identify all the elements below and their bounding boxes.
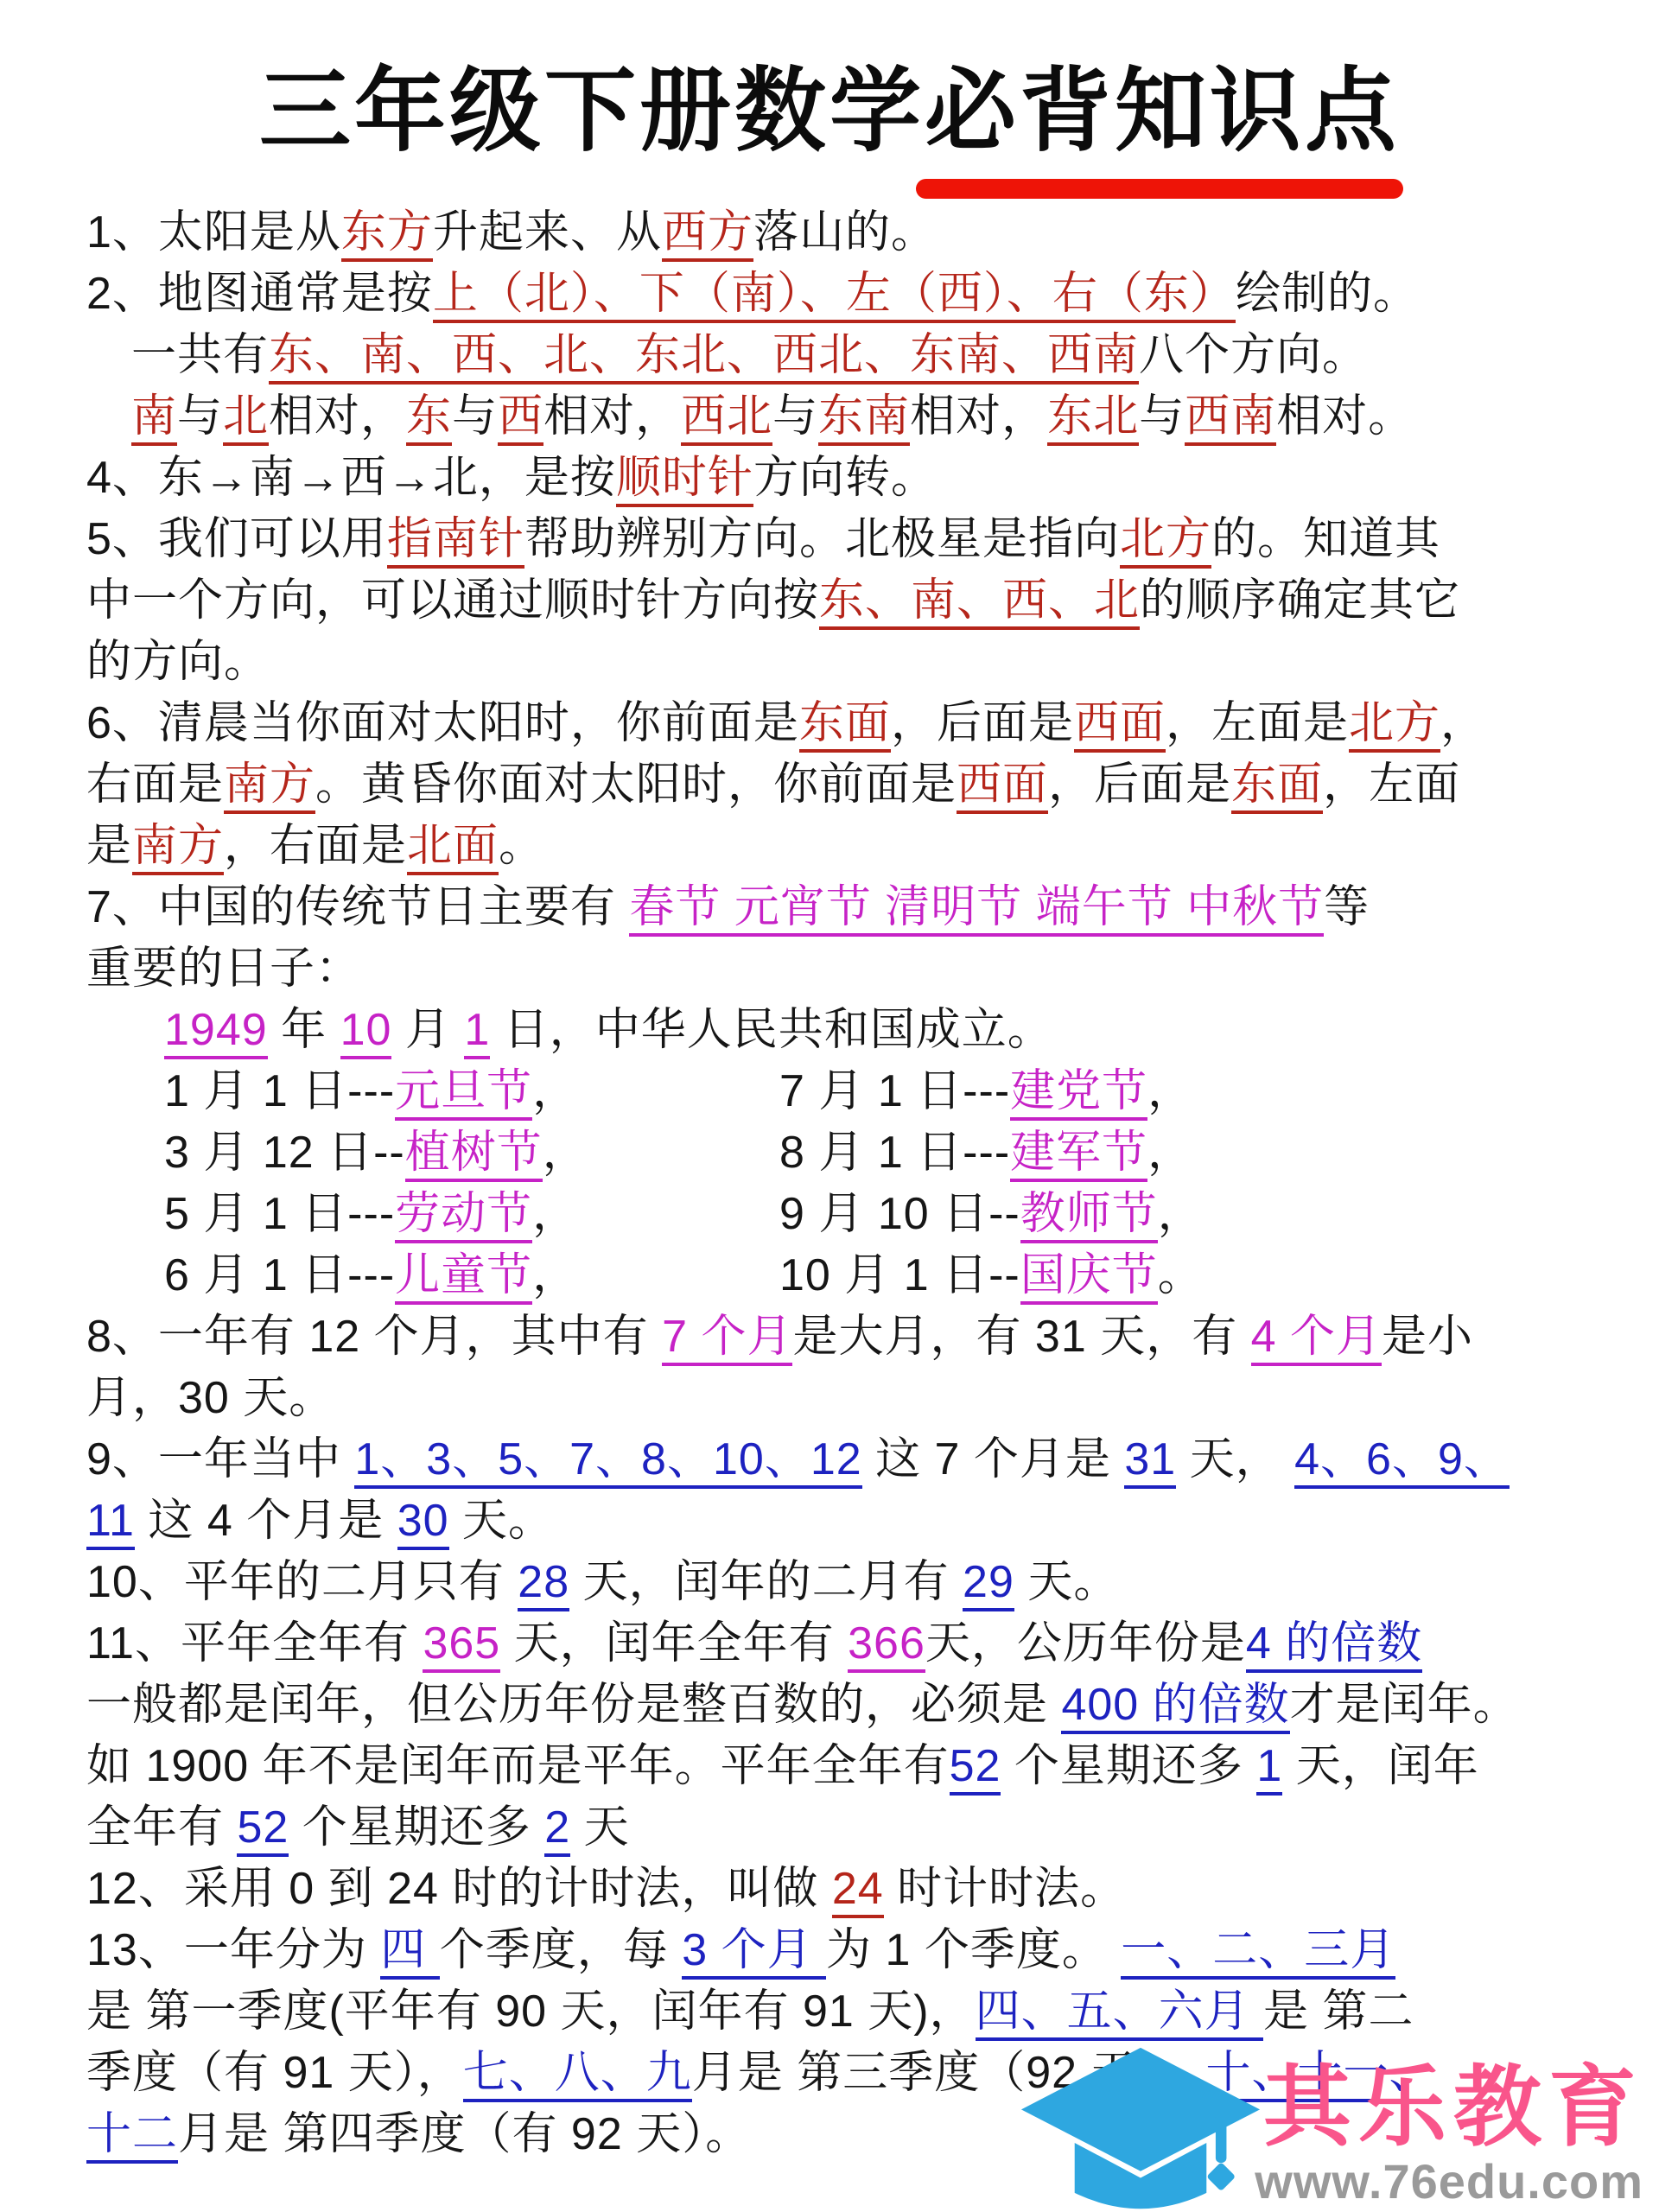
text-line: 13、一年分为 四 个季度，每 3 个月 为 1 个季度。 一、二、三月	[0, 1920, 1659, 1981]
text-line: 右面是南方。黄昏你面对太阳时，你前面是西面，后面是东面，左面	[0, 754, 1659, 816]
text-segment: 4、6、9、	[1294, 1434, 1510, 1489]
text-segment: 相对，	[910, 391, 1047, 442]
text-segment: 才是闰年。	[1290, 1680, 1519, 1730]
text-segment: 天，公历年份是	[925, 1618, 1246, 1669]
text-segment: 11、平年全年有	[86, 1618, 423, 1669]
text-segment: 七、八、九	[463, 2048, 692, 2102]
text-segment: 8 月 1 日---	[779, 1128, 1010, 1178]
text-segment: 10、平年的二月只有	[86, 1557, 518, 1607]
text-segment: 3 个月	[682, 1925, 826, 1980]
text-segment: 与	[177, 391, 223, 442]
text-segment: 。	[499, 821, 544, 871]
text-segment: 52	[237, 1802, 289, 1857]
text-line: 如 1900 年不是闰年而是平年。平年全年有52 个星期还多 1 天，闰年	[0, 1736, 1659, 1797]
text-line: 重要的日子：	[0, 938, 1659, 1000]
text-segment: 6 月 1 日---	[164, 1250, 395, 1300]
text-line: 9、一年当中 1、3、5、7、8、10、12 这 7 个月是 31 天， 4、6…	[0, 1429, 1659, 1491]
text-line: 12、采用 0 到 24 时的计时法，叫做 24 时计时法。	[0, 1859, 1659, 1920]
text-segment: 西南	[1185, 391, 1276, 446]
text-line: 5 月 1 日---劳动节，9 月 10 日--教师节，	[0, 1184, 1659, 1245]
text-segment: 。	[1158, 1250, 1204, 1300]
text-line: 3 月 12 日--植树节，8 月 1 日---建军节，	[0, 1122, 1659, 1184]
text-segment: ，	[532, 1066, 578, 1116]
text-segment: 1 月 1 日---	[164, 1066, 395, 1116]
text-segment: 3 月 12 日--	[164, 1128, 405, 1178]
text-segment: 西面	[1074, 698, 1166, 753]
date-column-left: 6 月 1 日---儿童节，	[164, 1245, 779, 1306]
text-segment: 月	[391, 1005, 464, 1055]
text-line: 一共有东、南、西、北、东北、西北、东南、西南八个方向。	[0, 325, 1659, 386]
text-line: 5、我们可以用指南针帮助辨别方向。北极星是指向北方的。知道其	[0, 509, 1659, 570]
text-line: 6、清晨当你面对太阳时，你前面是东面，后面是西面，左面是北方，	[0, 693, 1659, 754]
text-segment: 29	[963, 1557, 1014, 1611]
text-segment: 是 第一季度(平年有 90 天，闰年有 91 天)，	[86, 1986, 976, 2037]
text-line: 南与北相对，东与西相对，西北与东南相对，东北与西南相对。	[0, 386, 1659, 448]
text-segment: 7 月 1 日---	[779, 1066, 1010, 1116]
text-segment: ，后面是	[891, 698, 1074, 748]
text-segment: 相对，	[269, 391, 406, 442]
text-line: 7、中国的传统节日主要有 春节 元宵节 清明节 端午节 中秋节等	[0, 877, 1659, 938]
text-segment: 7 个月	[662, 1312, 792, 1366]
text-segment: ，左面是	[1166, 698, 1349, 748]
page: 三年级下册数学必背知识点 1、太阳是从东方升起来、从西方落山的。2、地图通常是按…	[0, 0, 1659, 2212]
text-segment: 8、一年有 12 个月，其中有	[86, 1312, 662, 1362]
title-text: 三年级下册数学	[259, 60, 925, 162]
text-segment: 4 的倍数	[1246, 1618, 1422, 1673]
text-line: 月，30 天。	[0, 1368, 1659, 1429]
text-segment: ，	[532, 1189, 578, 1239]
text-segment: 帮助辨别方向。北极星是指向	[524, 514, 1120, 564]
text-segment: 东面	[799, 698, 891, 753]
text-segment: 52	[950, 1741, 1001, 1796]
text-segment: 4 个月	[1251, 1312, 1382, 1366]
text-segment: 个季度，每	[440, 1925, 682, 1975]
text-segment: 北方	[1120, 514, 1211, 569]
text-segment: 与	[772, 391, 818, 442]
text-line: 是南方，右面是北面。	[0, 816, 1659, 877]
logo-url: www.76edu.com	[1255, 2155, 1643, 2209]
text-segment: 是大月，有 31 天，有	[792, 1312, 1250, 1362]
text-segment: 13、一年分为	[86, 1925, 380, 1975]
text-segment: 这 7 个月是	[862, 1434, 1125, 1484]
text-segment: 31	[1124, 1434, 1176, 1489]
text-segment: 个星期还多	[289, 1802, 544, 1853]
text-segment: 北方	[1349, 698, 1440, 753]
text-segment: 10 月 1 日--	[779, 1250, 1020, 1300]
text-segment: 为 1 个季度。	[826, 1925, 1121, 1975]
text-segment: 9、一年当中	[86, 1434, 354, 1484]
text-segment: 时计时法。	[884, 1864, 1126, 1914]
page-title: 三年级下册数学必背知识点	[0, 38, 1659, 169]
text-line: 8、一年有 12 个月，其中有 7 个月是大月，有 31 天，有 4 个月是小	[0, 1306, 1659, 1368]
text-line: 11、平年全年有 365 天，闰年全年有 366天，公历年份是4 的倍数	[0, 1613, 1659, 1675]
text-segment: 5、我们可以用	[86, 514, 387, 564]
text-segment: 右面是	[86, 760, 224, 810]
text-segment: 的方向。	[86, 637, 270, 687]
text-segment: 季度（有 91 天），	[86, 2048, 463, 2098]
text-segment: 。黄昏你面对太阳时，你前面是	[315, 760, 957, 810]
text-segment: ，	[532, 1250, 578, 1300]
text-segment: 等	[1324, 882, 1370, 932]
text-line: 6 月 1 日---儿童节，10 月 1 日--国庆节。	[0, 1245, 1659, 1306]
text-segment: 四、五、六月	[976, 1986, 1263, 2041]
text-segment: 个星期还多	[1001, 1741, 1256, 1791]
date-column-left: 1 月 1 日---元旦节，	[164, 1061, 779, 1122]
text-segment: 西	[498, 391, 543, 446]
text-segment: ，	[1440, 698, 1486, 748]
text-segment: 7、中国的传统节日主要有	[86, 882, 629, 932]
text-segment: 四	[380, 1925, 439, 1980]
text-segment: 绘制的。	[1236, 269, 1419, 319]
text-segment: 一共有	[131, 330, 269, 380]
title-text-underlined: 必背知识点	[925, 60, 1400, 162]
text-segment: 西方	[662, 207, 753, 262]
text-segment: 顺时针	[616, 453, 753, 507]
text-segment: 400 的倍数	[1061, 1680, 1289, 1734]
text-line: 2、地图通常是按上（北）、下（南）、左（西）、右（东）绘制的。	[0, 264, 1659, 325]
text-segment: 366	[848, 1618, 925, 1673]
text-segment: 月是 第四季度（有 92 天）。	[178, 2109, 751, 2159]
text-segment: 一、二、三月	[1121, 1925, 1395, 1980]
text-segment: 相对，	[543, 391, 681, 442]
text-segment: 的顺序确定其它	[1140, 575, 1460, 626]
text-segment: 5 月 1 日---	[164, 1189, 395, 1239]
logo: 其乐教育 www.76edu.com	[1020, 2045, 1643, 2209]
text-segment: 东	[406, 391, 452, 446]
text-segment: 4、东→南→西→北，是按	[86, 453, 616, 503]
text-segment: 北面	[407, 821, 499, 875]
text-segment: 春节 元宵节 清明节 端午节 中秋节	[629, 882, 1324, 937]
text-segment: 天	[570, 1802, 629, 1853]
text-segment: 天，闰年的二月有	[569, 1557, 963, 1607]
text-segment: 与	[452, 391, 498, 442]
text-segment: ，	[1147, 1128, 1193, 1178]
text-segment: 十二	[86, 2109, 178, 2164]
date-column-left: 3 月 12 日--植树节，	[164, 1122, 779, 1184]
text-segment: 1、太阳是从	[86, 207, 341, 257]
text-segment: 365	[423, 1618, 500, 1673]
text-segment: ，左面	[1323, 760, 1460, 810]
text-segment: 建军节	[1010, 1128, 1147, 1182]
text-segment: 教师节	[1020, 1189, 1158, 1243]
text-line: 中一个方向，可以通过顺时针方向按东、南、西、北的顺序确定其它	[0, 570, 1659, 632]
text-segment: 天。	[449, 1496, 554, 1546]
text-line: 1、太阳是从东方升起来、从西方落山的。	[0, 202, 1659, 264]
text-segment: 东、南、西、北、东北、西北、东南、西南	[269, 330, 1139, 385]
text-segment: 的。知道其	[1211, 514, 1440, 564]
text-line: 是 第一季度(平年有 90 天，闰年有 91 天)，四、五、六月 是 第二	[0, 1981, 1659, 2043]
date-column-left: 5 月 1 日---劳动节，	[164, 1184, 779, 1245]
text-segment: 是小	[1382, 1312, 1473, 1362]
text-line: 一般都是闰年，但公历年份是整百数的，必须是 400 的倍数才是闰年。	[0, 1675, 1659, 1736]
text-segment: ，后面是	[1048, 760, 1231, 810]
text-line: 的方向。	[0, 632, 1659, 693]
text-line: 11 这 4 个月是 30 天。	[0, 1491, 1659, 1552]
logo-text: 其乐教育 www.76edu.com	[1255, 2060, 1643, 2209]
text-segment: 是 第二	[1263, 1986, 1414, 2037]
text-segment: ，	[1158, 1189, 1204, 1239]
text-segment: 天，闰年	[1282, 1741, 1478, 1791]
text-segment: 1	[464, 1005, 490, 1059]
text-segment: 西面	[957, 760, 1048, 814]
text-line: 1949 年 10 月 1 日，中华人民共和国成立。	[0, 1000, 1659, 1061]
text-segment: 24	[832, 1864, 884, 1918]
text-segment: 这 4 个月是	[135, 1496, 397, 1546]
text-segment: 10	[340, 1005, 392, 1059]
text-segment: 天。	[1014, 1557, 1119, 1607]
text-segment: 如 1900 年不是闰年而是平年。平年全年有	[86, 1741, 950, 1791]
content: 1、太阳是从东方升起来、从西方落山的。2、地图通常是按上（北）、下（南）、左（西…	[0, 202, 1659, 2165]
text-segment: 是	[86, 821, 132, 871]
text-segment: 全年有	[86, 1802, 237, 1853]
text-segment: 中一个方向，可以通过顺时针方向按	[86, 575, 819, 626]
text-segment: 劳动节	[395, 1189, 532, 1243]
text-segment: 东南	[818, 391, 910, 446]
text-segment: 与	[1139, 391, 1185, 442]
text-segment: 重要的日子：	[86, 944, 361, 994]
text-segment: 落山的。	[753, 207, 937, 257]
text-segment: 9 月 10 日--	[779, 1189, 1020, 1239]
text-segment: ，	[543, 1128, 588, 1178]
text-segment: 建党节	[1010, 1066, 1147, 1121]
graduation-cap-icon	[1020, 2045, 1262, 2212]
text-segment: ，右面是	[224, 821, 407, 871]
text-segment: 30	[397, 1496, 449, 1550]
logo-brand: 其乐教育	[1263, 2060, 1643, 2155]
text-segment: 北	[223, 391, 269, 446]
text-segment: 元旦节	[395, 1066, 532, 1121]
text-segment: 升起来、从	[433, 207, 662, 257]
text-segment: 南方	[132, 821, 224, 875]
text-segment: 西北	[681, 391, 772, 446]
text-segment: 1	[1256, 1741, 1282, 1796]
text-segment: 八个方向。	[1139, 330, 1368, 380]
text-segment: 方向转。	[753, 453, 937, 503]
text-segment: 东面	[1231, 760, 1323, 814]
text-line: 4、东→南→西→北，是按顺时针方向转。	[0, 448, 1659, 509]
text-segment: 上（北）、下（南）、左（西）、右（东）	[433, 269, 1236, 323]
text-segment: 天，	[1176, 1434, 1294, 1484]
text-segment: 1949	[164, 1005, 268, 1059]
text-segment: 相对。	[1276, 391, 1414, 442]
text-segment: 南方	[224, 760, 315, 814]
text-segment: 国庆节	[1020, 1250, 1158, 1305]
text-line: 10、平年的二月只有 28 天，闰年的二月有 29 天。	[0, 1552, 1659, 1613]
text-segment: 天，闰年全年有	[500, 1618, 848, 1669]
text-segment: 儿童节	[395, 1250, 532, 1305]
text-segment: 12、采用 0 到 24 时的计时法，叫做	[86, 1864, 832, 1914]
text-segment: 2	[544, 1802, 570, 1857]
text-segment: 东北	[1047, 391, 1139, 446]
text-segment: 6、清晨当你面对太阳时，你前面是	[86, 698, 799, 748]
text-segment: 28	[518, 1557, 569, 1611]
text-segment: 植树节	[405, 1128, 543, 1182]
text-segment: 2、地图通常是按	[86, 269, 433, 319]
text-segment: 1、3、5、7、8、10、12	[354, 1434, 861, 1489]
text-segment: 东、南、西、北	[819, 575, 1140, 630]
text-segment: 南	[131, 391, 177, 446]
text-segment: 11	[86, 1496, 135, 1550]
text-segment: 年	[268, 1005, 340, 1055]
text-line: 1 月 1 日---元旦节，7 月 1 日---建党节，	[0, 1061, 1659, 1122]
text-segment: 月，30 天。	[86, 1373, 334, 1423]
text-line: 全年有 52 个星期还多 2 天	[0, 1797, 1659, 1859]
text-segment: 一般都是闰年，但公历年份是整百数的，必须是	[86, 1680, 1061, 1730]
title-underline-bar	[916, 179, 1403, 199]
text-segment: 日，中华人民共和国成立。	[490, 1005, 1052, 1055]
text-segment: 东方	[341, 207, 433, 262]
text-segment: ，	[1147, 1066, 1193, 1116]
text-segment: 指南针	[387, 514, 524, 569]
